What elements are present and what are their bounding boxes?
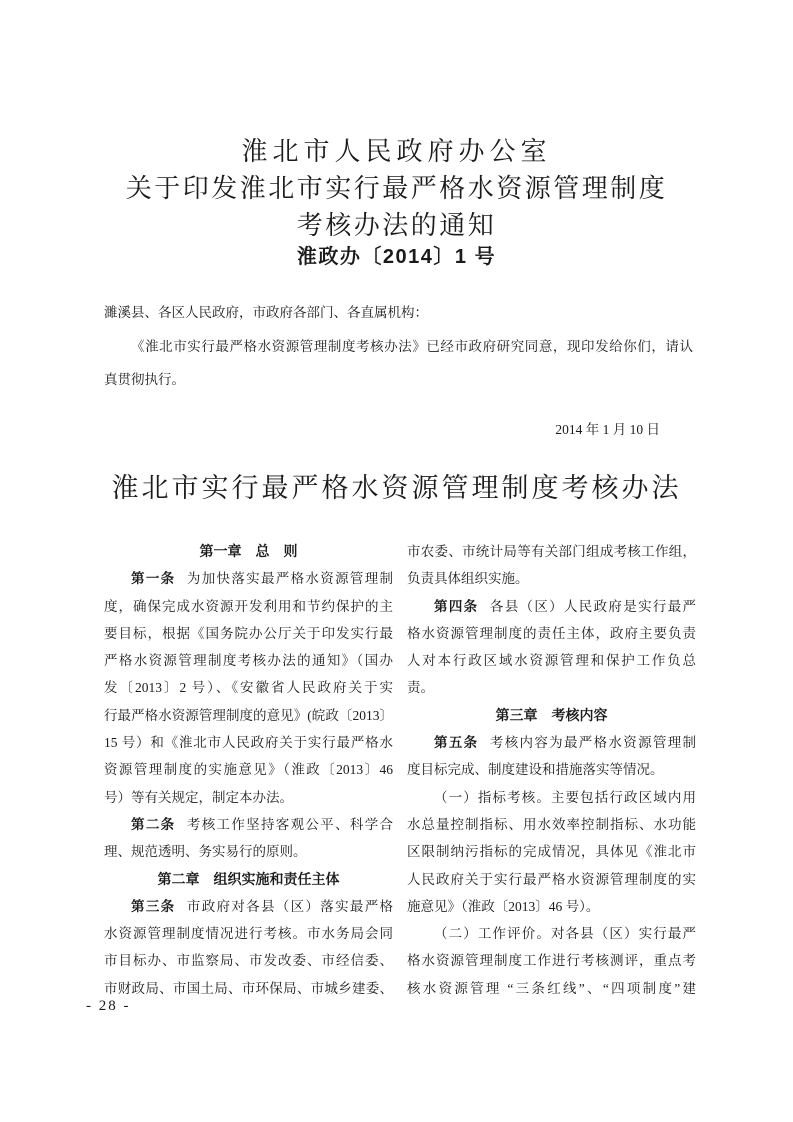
measures-title: 淮北市实行最严格水资源管理制度考核办法: [0, 466, 793, 510]
article-number: 第五条: [434, 735, 490, 750]
document-page: 淮北市人民政府办公室 关于印发淮北市实行最严格水资源管理制度 考核办法的通知 淮…: [0, 0, 793, 1122]
text-line: 人民政府关于实行最严格水资源管理制度的实: [407, 866, 696, 893]
text-line: 第二条考核工作坚持客观公平、科学合: [104, 811, 393, 838]
measures-body: 第一章 总 则第一条为加快落实最严格水资源管理制度，确保完成水资源开发利用和节约…: [104, 538, 696, 1002]
notice-body: 濉溪县、各区人民政府，市政府各部门、各直属机构： 《淮北市实行最严格水资源管理制…: [104, 296, 693, 397]
text-line: 号）等有关规定，制定本办法。: [104, 784, 393, 811]
doc-title-line-3: 考核办法的通知: [0, 207, 793, 244]
text-line: 理、规范透明、务实易行的原则。: [104, 838, 393, 865]
text-line: 负责具体组织实施。: [407, 565, 696, 592]
doc-title-line-1: 淮北市人民政府办公室: [0, 133, 793, 170]
text-line: 施意见》（淮政〔2013〕46 号）。: [407, 893, 696, 920]
chapter-heading: 第三章 考核内容: [407, 702, 696, 729]
doc-header: 淮北市人民政府办公室 关于印发淮北市实行最严格水资源管理制度 考核办法的通知: [0, 133, 793, 244]
column-left: 第一章 总 则第一条为加快落实最严格水资源管理制度，确保完成水资源开发利用和节约…: [104, 538, 393, 1002]
text-line: 水资源管理制度情况进行考核。市水务局会同: [104, 920, 393, 947]
text-line: 要目标，根据《国务院办公厅关于印发实行最: [104, 620, 393, 647]
text-line: 责。: [407, 674, 696, 701]
page-number: - 28 -: [86, 996, 131, 1016]
chapter-heading: 第一章 总 则: [104, 538, 393, 565]
text-line: 市目标办、市监察局、市发改委、市经信委、: [104, 947, 393, 974]
text-line: 度目标完成、制度建设和措施落实等情况。: [407, 756, 696, 783]
column-right: 市农委、市统计局等有关部门组成考核工作组，负责具体组织实施。第四条各县（区）人民…: [407, 538, 696, 1002]
article-number: 第三条: [131, 899, 187, 914]
text-line: 人对本行政区域水资源管理和保护工作负总: [407, 647, 696, 674]
text-line: 区限制纳污指标的完成情况，具体见《淮北市: [407, 838, 696, 865]
text-line: 市财政局、市国土局、市环保局、市城乡建委、: [104, 975, 393, 1002]
text-line: 水总量控制指标、用水效率控制指标、水功能: [407, 811, 696, 838]
text-line: 核水资源管理 “三条红线”、“四项制度”建: [407, 975, 696, 1002]
text-line: 第四条各县（区）人民政府是实行最严: [407, 593, 696, 620]
text-line: 第一条为加快落实最严格水资源管理制: [104, 565, 393, 592]
text-line: 市农委、市统计局等有关部门组成考核工作组，: [407, 538, 696, 565]
text-line: 第三条市政府对各县（区）落实最严格: [104, 893, 393, 920]
text-line: 格水资源管理制度工作进行考核测评，重点考: [407, 947, 696, 974]
doc-title-line-2: 关于印发淮北市实行最严格水资源管理制度: [0, 170, 793, 207]
text-line: 资源管理制度的实施意见》（淮政〔2013〕46: [104, 756, 393, 783]
text-line: 第五条考核内容为最严格水资源管理制: [407, 729, 696, 756]
issue-date: 2014 年 1 月 10 日: [555, 413, 660, 447]
text-line: 15 号）和《淮北市人民政府关于实行最严格水: [104, 729, 393, 756]
text-line: （二）工作评价。对各县（区）实行最严: [407, 920, 696, 947]
article-number: 第一条: [131, 571, 187, 586]
text-line: （一）指标考核。主要包括行政区域内用: [407, 784, 696, 811]
article-number: 第四条: [434, 599, 490, 614]
text-line: 发〔2013〕2 号）、《安徽省人民政府关于实: [104, 674, 393, 701]
salutation: 濉溪县、各区人民政府，市政府各部门、各直属机构：: [104, 296, 693, 330]
notice-line: 真贯彻执行。: [104, 363, 693, 397]
chapter-heading: 第二章 组织实施和责任主体: [104, 866, 393, 893]
text-line: 格水资源管理制度的责任主体，政府主要负责: [407, 620, 696, 647]
text-line: 度，确保完成水资源开发利用和节约保护的主: [104, 593, 393, 620]
article-number: 第二条: [131, 817, 187, 832]
doc-number: 淮政办〔2014〕1 号: [0, 244, 793, 270]
text-line: 行最严格水资源管理制度的意见》(皖政〔2013〕: [104, 702, 393, 729]
notice-line: 《淮北市实行最严格水资源管理制度考核办法》已经市政府研究同意，现印发给你们，请认: [104, 330, 693, 364]
text-line: 严格水资源管理制度考核办法的通知》（国办: [104, 647, 393, 674]
